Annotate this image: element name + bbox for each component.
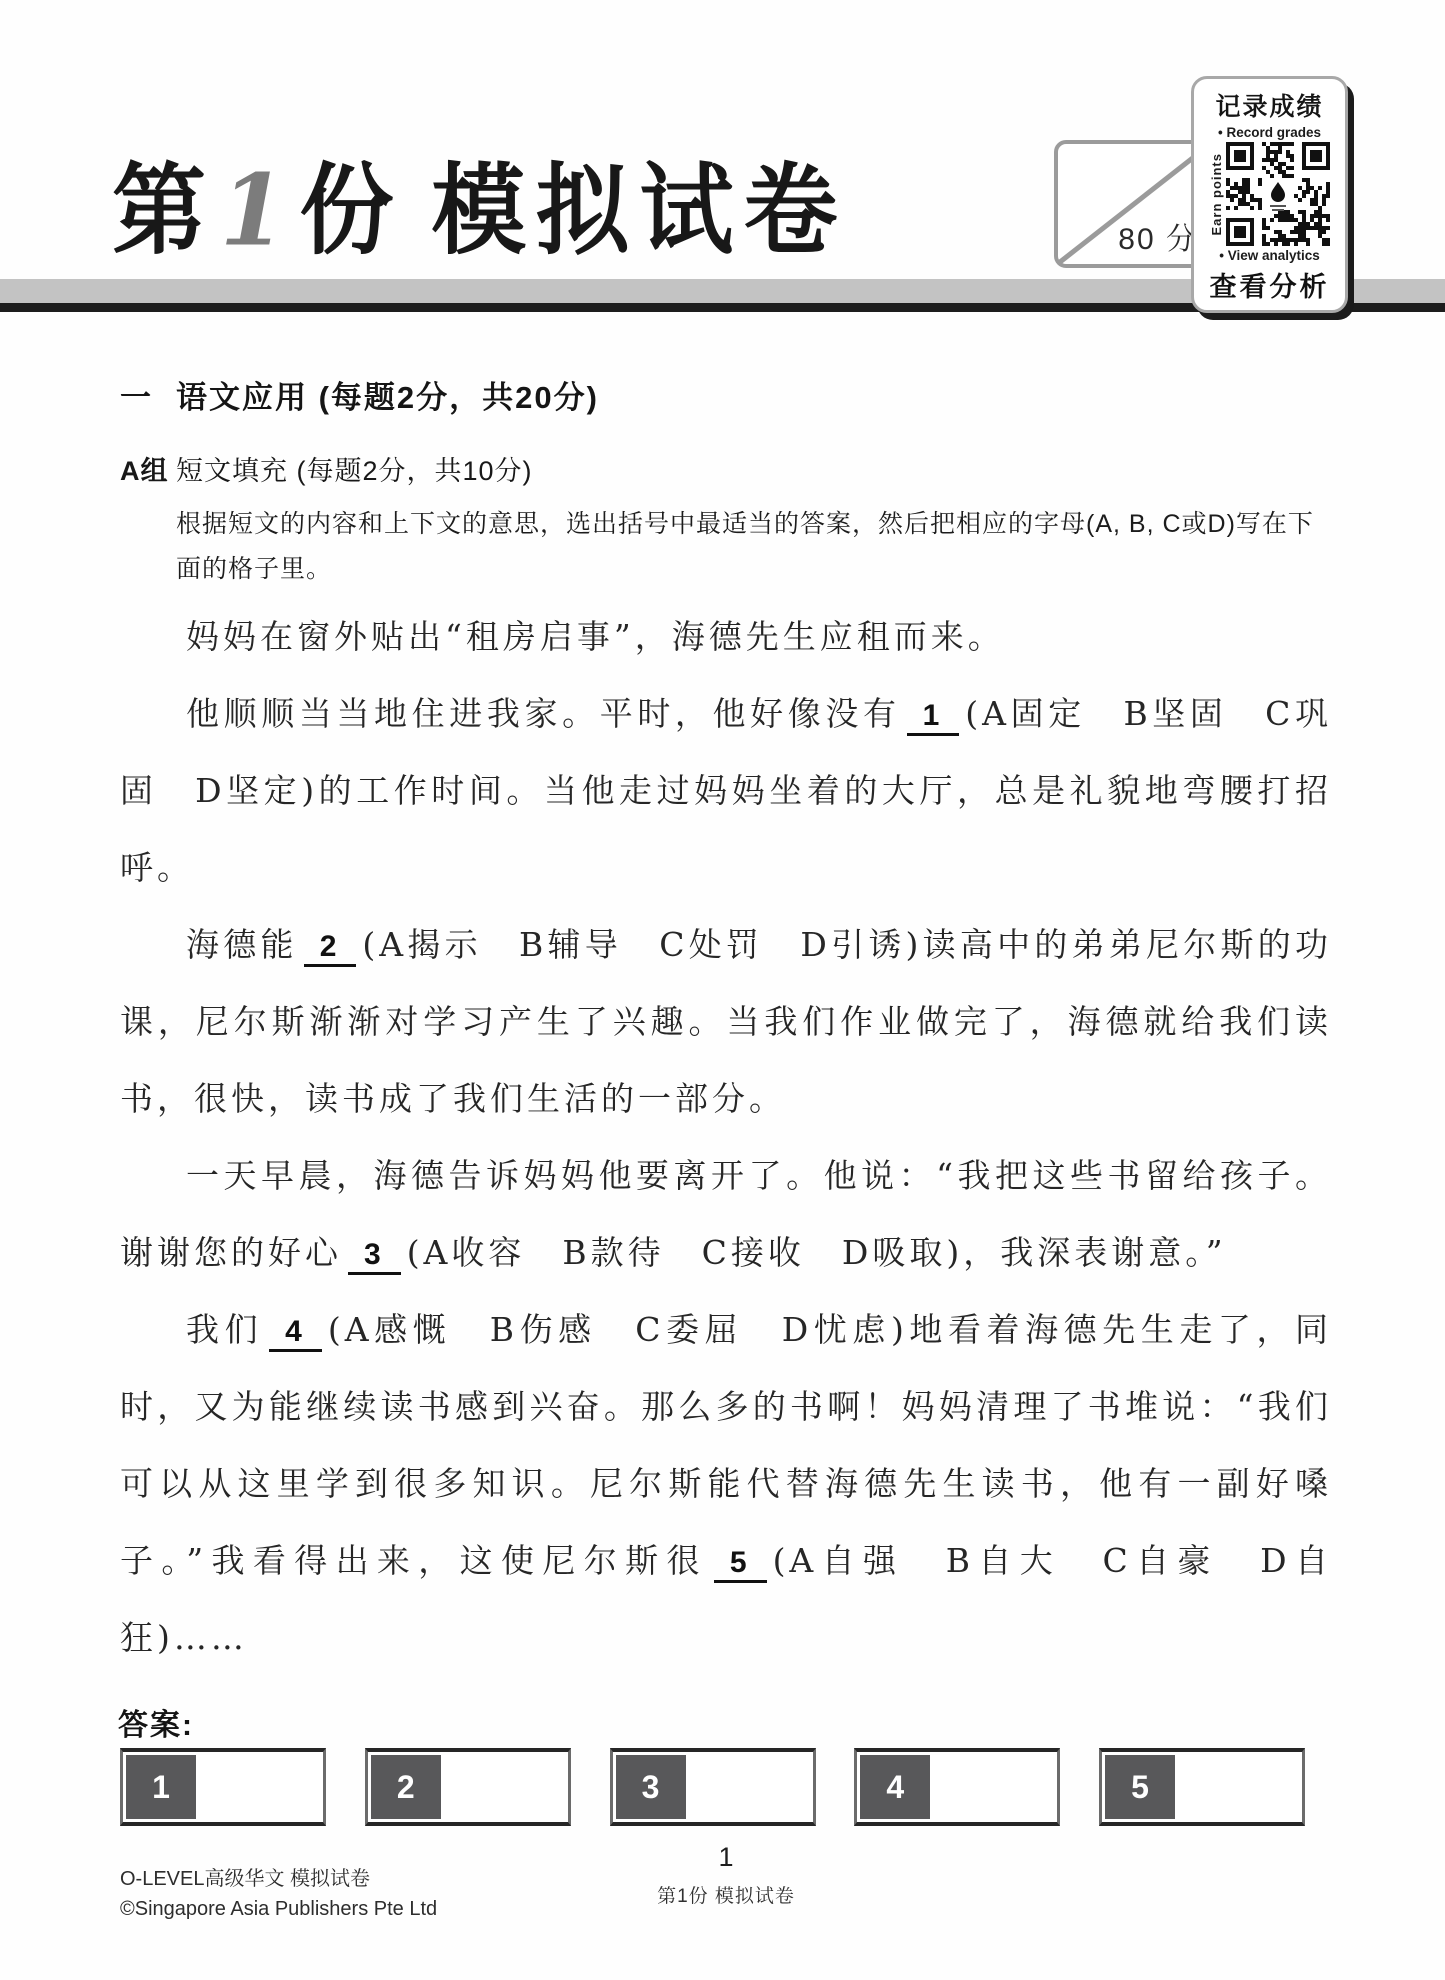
passage: 妈妈在窗外贴出“租房启事”，海德先生应租而来。他顺顺当当地住进我家。平时，他好像…: [120, 598, 1332, 1676]
qr-record-grades-label: • Record grades: [1198, 125, 1341, 140]
instructions: 根据短文的内容和上下文的意思，选出括号中最适当的答案，然后把相应的字母(A, B…: [176, 502, 1332, 592]
answer-box-3: 3: [610, 1748, 816, 1826]
title-part1: 第: [112, 153, 216, 268]
qr-code: [1226, 142, 1330, 246]
title-part2: 份: [299, 153, 403, 268]
title-part3: 模拟试卷: [431, 153, 847, 268]
blank-3: 3: [348, 1240, 401, 1275]
qr-panel-footer: 查看分析: [1198, 265, 1341, 304]
answer-box-5: 5: [1099, 1748, 1305, 1826]
answer-box-cell: [1175, 1755, 1299, 1819]
exam-page: 第1份模拟试卷 80 分 记录成绩 • Record grades Earn p…: [0, 0, 1445, 1980]
qr-panel-title: 记录成绩: [1198, 87, 1341, 123]
group-title: 短文填充 (每题2分，共10分): [176, 449, 533, 488]
answer-box-4: 4: [854, 1748, 1060, 1826]
section-heading: 一 语文应用 (每题2分，共20分): [120, 372, 1332, 417]
section-block: 一 语文应用 (每题2分，共20分) A组 短文填充 (每题2分，共10分) 根…: [120, 372, 1332, 592]
answer-box-number: 5: [1105, 1755, 1175, 1819]
answer-box-number: 1: [126, 1755, 196, 1819]
passage-paragraph: 海德能2(A揭示 B辅导 C处罚 D引诱)读高中的弟弟尼尔斯的功课，尼尔斯渐渐对…: [120, 906, 1332, 1137]
blank-1: 1: [907, 701, 960, 736]
answer-box-2: 2: [365, 1748, 571, 1826]
page-number: 1: [120, 1842, 1332, 1873]
section-number: 一: [120, 372, 176, 417]
section-title: 语文应用 (每题2分，共20分): [176, 372, 599, 417]
qr-earn-points-label: Earn points: [1209, 153, 1224, 236]
qr-panel: 记录成绩 • Record grades Earn points • View …: [1191, 76, 1348, 313]
blank-4: 4: [269, 1317, 322, 1352]
title-number: 1: [216, 153, 299, 268]
blank-5: 5: [714, 1548, 767, 1583]
page-title: 第1份模拟试卷: [112, 152, 847, 270]
passage-paragraph: 一天早晨，海德告诉妈妈他要离开了。他说：“我把这些书留给孩子。谢谢您的好心3(A…: [120, 1137, 1332, 1291]
passage-paragraph: 他顺顺当当地住进我家。平时，他好像没有1(A固定 B坚固 C巩固 D坚定)的工作…: [120, 675, 1332, 906]
score-box: 80 分: [1054, 140, 1214, 268]
answer-box-cell: [686, 1755, 810, 1819]
answer-box-number: 4: [860, 1755, 930, 1819]
answers-label: 答案:: [118, 1700, 194, 1744]
group-label: A组: [120, 449, 176, 488]
answer-box-cell: [196, 1755, 320, 1819]
answer-box-cell: [930, 1755, 1054, 1819]
blank-2: 2: [304, 932, 357, 967]
answer-box-number: 2: [371, 1755, 441, 1819]
footer-page-label: 第1份 模拟试卷: [120, 1881, 1332, 1908]
answer-box-number: 3: [616, 1755, 686, 1819]
score-value: 80 分: [1118, 214, 1198, 258]
passage-paragraph: 我们4(A感慨 B伤感 C委屈 D忧虑)地看着海德先生走了，同时，又为能继续读书…: [120, 1291, 1332, 1676]
answer-boxes: 12345: [120, 1748, 1305, 1826]
answer-box-1: 1: [120, 1748, 326, 1826]
footer-center: 1 第1份 模拟试卷: [120, 1842, 1332, 1908]
answer-box-cell: [441, 1755, 565, 1819]
passage-paragraph: 妈妈在窗外贴出“租房启事”，海德先生应租而来。: [120, 598, 1332, 675]
group-heading: A组 短文填充 (每题2分，共10分): [120, 449, 1332, 488]
qr-view-analytics-label: • View analytics: [1198, 248, 1341, 263]
